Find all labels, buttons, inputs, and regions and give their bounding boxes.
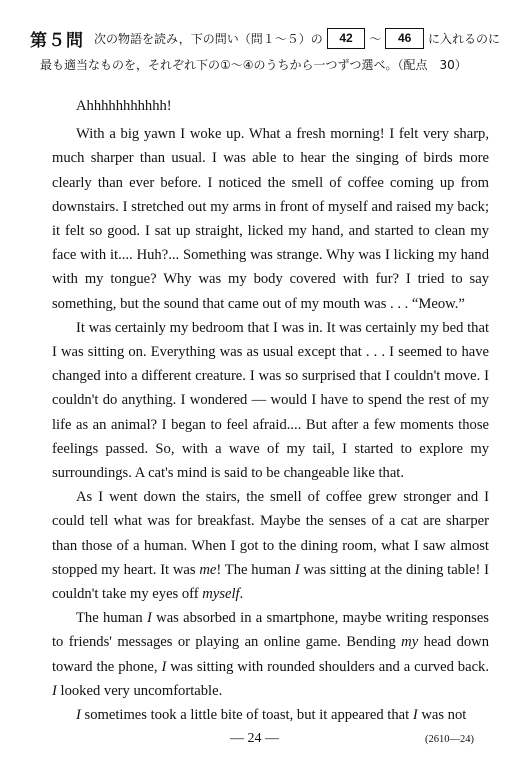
paragraph-0: Ahhhhhhhhhhh! [52, 94, 489, 118]
instruction-line-2: 最も適当なものを，それぞれ下の①～④のうちから一つずつ選べ。（配点 30） [40, 56, 500, 73]
instruction-pre: 次の物語を読み，下の問い（問１～５）の [94, 30, 323, 47]
italic-myself: myself [202, 586, 239, 602]
question-title: 第５問 [30, 26, 84, 51]
range-separator: ～ [369, 30, 381, 47]
page-number: — 24 — [230, 731, 279, 747]
text-span: was sitting with rounded shoulders and a… [166, 659, 489, 675]
italic-my: my [401, 634, 418, 650]
paragraph-3: As I went down the stairs, the smell of … [52, 485, 489, 606]
story-passage: Ahhhhhhhhhhh! With a big yawn I woke up.… [52, 94, 489, 727]
exam-code: (2610—24) [425, 734, 474, 745]
header-line-1: 第５問 次の物語を読み，下の問い（問１～５）の 42 ～ 46 に入れるのに [30, 26, 500, 50]
instruction-post: に入れるのに [428, 30, 500, 47]
paragraph-4: The human I was absorbed in a smartphone… [52, 606, 489, 703]
text-span: . [240, 586, 244, 602]
text-span: was not [418, 707, 467, 723]
page-footer: — 24 — (2610—24) [0, 731, 526, 751]
paragraph-2: It was certainly my bedroom that I was i… [52, 316, 489, 485]
paragraph-1: With a big yawn I woke up. What a fresh … [52, 122, 489, 316]
question-header: 第５問 次の物語を読み，下の問い（問１～５）の 42 ～ 46 に入れるのに 最… [30, 26, 500, 73]
answer-box-end: 46 [385, 28, 424, 49]
italic-me: me [199, 562, 216, 578]
text-span: ! The human [216, 562, 294, 578]
answer-box-start: 42 [327, 28, 366, 49]
text-span: The human [76, 610, 147, 626]
paragraph-5: I sometimes took a little bite of toast,… [52, 703, 489, 727]
text-span: looked very uncomfortable. [57, 683, 222, 699]
text-span: sometimes took a little bite of toast, b… [81, 707, 413, 723]
